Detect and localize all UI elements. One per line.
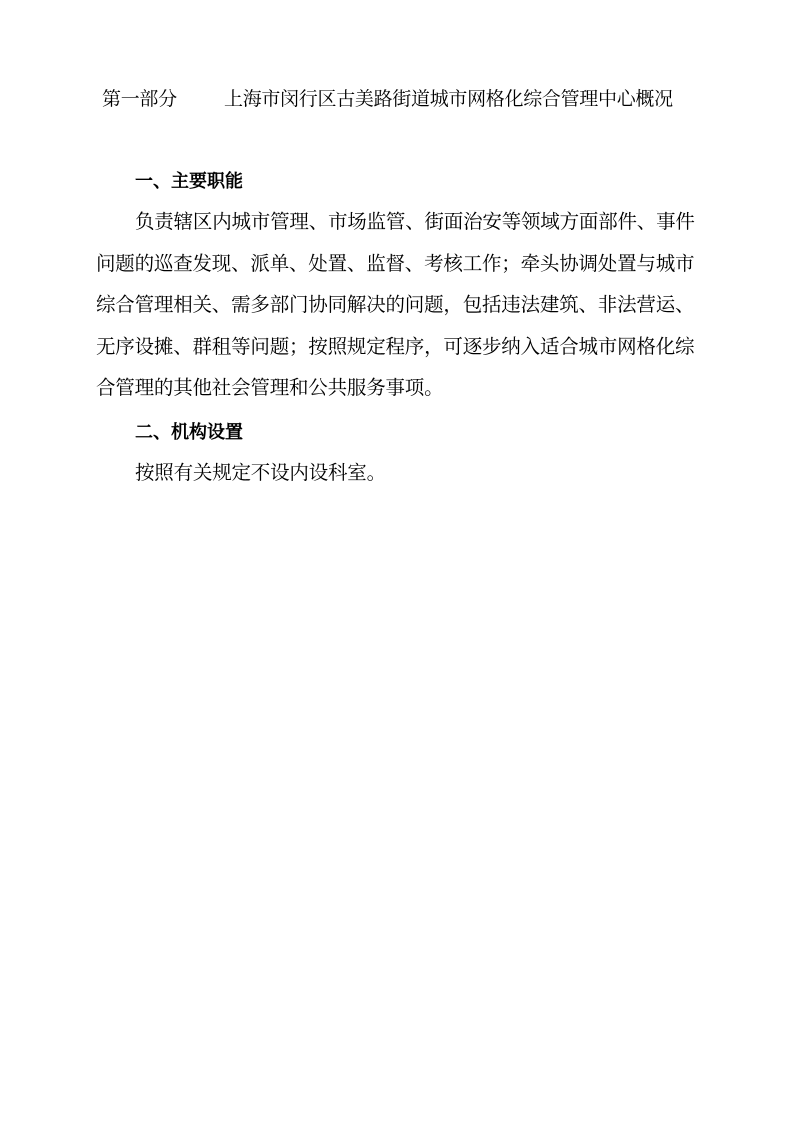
title-text: 上海市闵行区古美路街道城市网格化综合管理中心概况 <box>224 88 673 110</box>
paragraph-line: 无序设摊、群租等问题；按照规定程序，可逐步纳入适合城市网格化综 <box>96 326 716 368</box>
part-label: 第一部分 <box>102 86 224 112</box>
section-paragraph-main-functions: 负责辖区内城市管理、市场监管、街面治安等领域方面部件、事件 问题的巡查发现、派单… <box>96 201 716 409</box>
paragraph-line: 综合管理相关、需多部门协同解决的问题，包括违法建筑、非法营运、 <box>96 284 716 326</box>
section-heading-main-functions: 一、主要职能 <box>135 170 243 194</box>
paragraph-line: 问题的巡查发现、派单、处置、监督、考核工作；牵头协调处置与城市 <box>96 243 716 285</box>
document-page: 第一部分上海市闵行区古美路街道城市网格化综合管理中心概况 一、主要职能 负责辖区… <box>0 0 793 1122</box>
paragraph-line: 合管理的其他社会管理和公共服务事项。 <box>96 367 716 409</box>
paragraph-line: 按照有关规定不设内设科室。 <box>96 452 716 494</box>
page-title: 第一部分上海市闵行区古美路街道城市网格化综合管理中心概况 <box>102 86 673 112</box>
paragraph-line: 负责辖区内城市管理、市场监管、街面治安等领域方面部件、事件 <box>96 201 716 243</box>
section-heading-organization: 二、机构设置 <box>135 421 243 445</box>
section-paragraph-organization: 按照有关规定不设内设科室。 <box>96 452 716 494</box>
